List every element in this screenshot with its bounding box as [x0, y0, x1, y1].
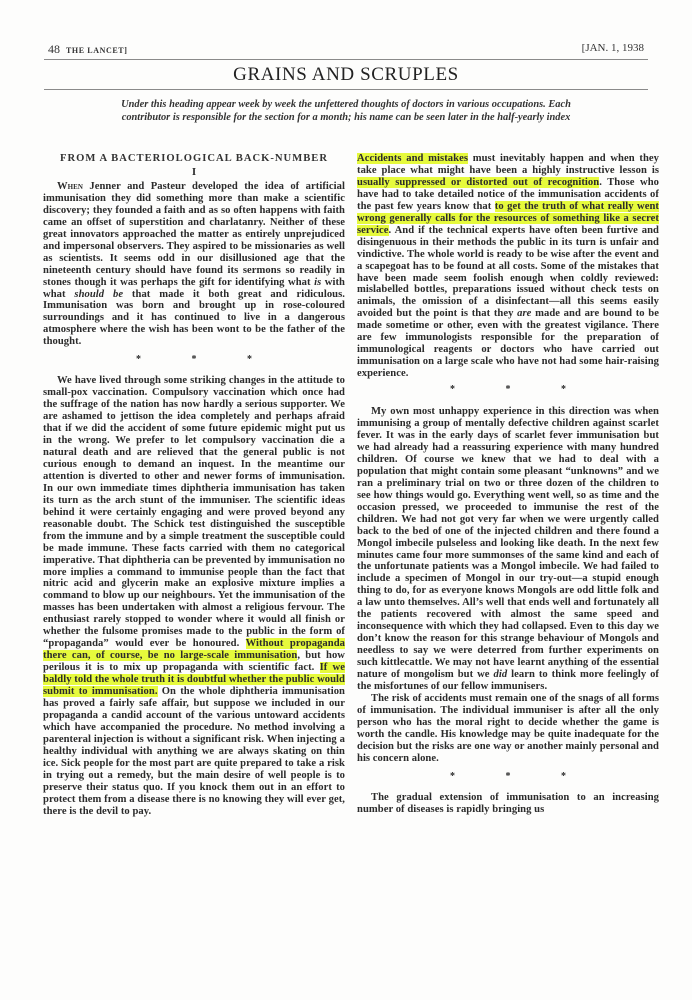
running-head-left: 48THE LANCET] — [48, 42, 128, 57]
section-intro-note: Under this heading appear week by week t… — [120, 99, 572, 124]
paragraph-5: The gradual extension of immunisation to… — [357, 792, 659, 816]
issue-date: [JAN. 1, 1938 — [582, 42, 644, 54]
paragraph-4: The risk of accidents must remain one of… — [357, 693, 659, 765]
highlight: Accidents and mistakes — [357, 153, 468, 164]
article-part-number: I — [43, 167, 345, 179]
paragraph-1: When Jenner and Pasteur developed the id… — [43, 181, 345, 348]
column-left: FROM A BACTERIOLOGICAL BACK-NUMBER I Whe… — [43, 153, 345, 818]
section-separator: * * * — [357, 384, 659, 396]
page-number: 48 — [48, 42, 60, 56]
article-title: FROM A BACTERIOLOGICAL BACK-NUMBER — [43, 153, 345, 165]
journal-page: 48THE LANCET] [JAN. 1, 1938 GRAINS AND S… — [0, 0, 692, 1000]
paragraph-2: We have lived through some striking chan… — [43, 375, 345, 817]
opening-word: When — [57, 181, 83, 192]
publication-name: THE LANCET] — [66, 46, 128, 55]
section-separator: * * * — [43, 354, 345, 366]
running-head: 48THE LANCET] [JAN. 1, 1938 — [48, 42, 644, 56]
title-rule — [44, 89, 648, 90]
paragraph-2-continued: Accidents and mistakes must inevitably h… — [357, 153, 659, 380]
paragraph-3: My own most unhappy experience in this d… — [357, 406, 659, 693]
section-separator: * * * — [357, 771, 659, 783]
section-title: GRAINS AND SCRUPLES — [0, 64, 692, 86]
column-right: Accidents and mistakes must inevitably h… — [357, 153, 659, 816]
header-rule — [44, 59, 648, 60]
highlight: usually suppressed or distorted out of r… — [357, 177, 599, 188]
